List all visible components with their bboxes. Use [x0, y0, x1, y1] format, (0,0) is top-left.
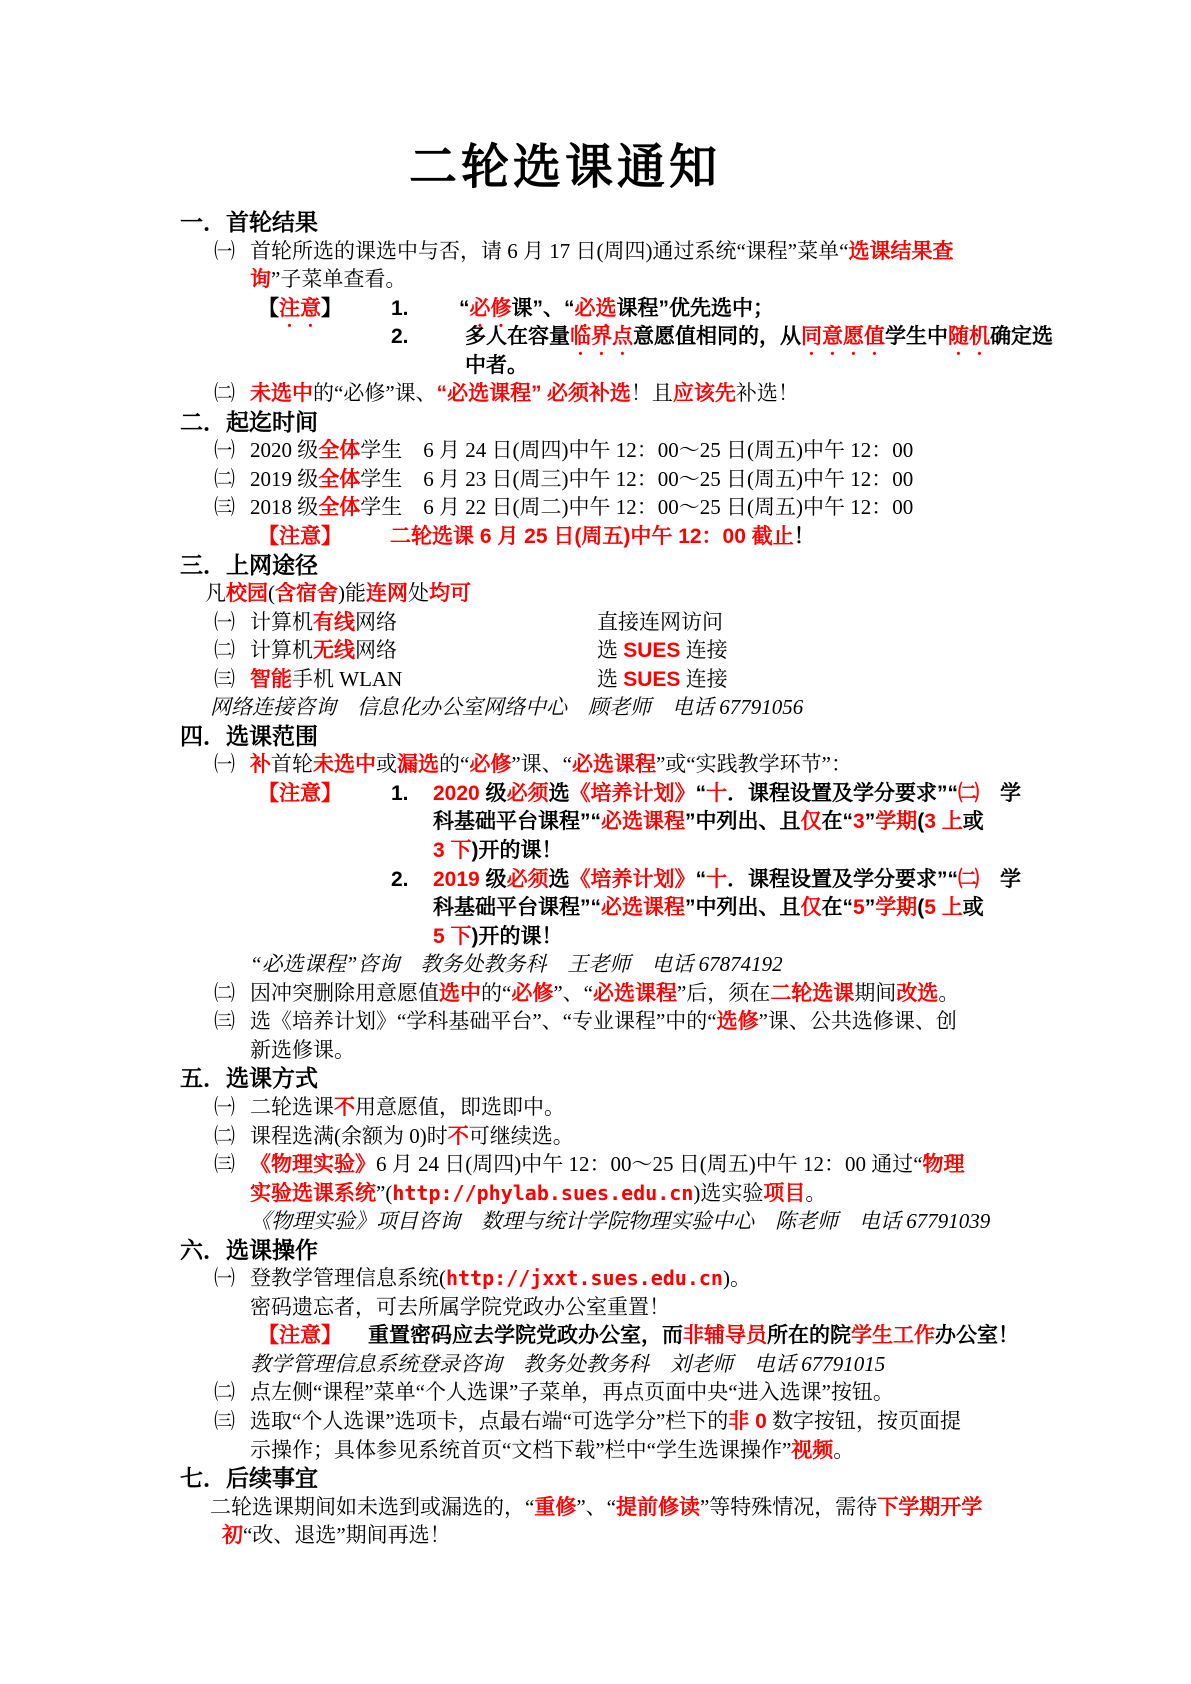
text-segment: 提前修读 — [616, 1496, 700, 1519]
text-segment: 学 — [979, 782, 1021, 805]
doc-line: ㈠首轮所选的课选中与否，请 6 月 17 日(周四)通过系统“课程”菜单“选课结… — [0, 237, 1191, 266]
text-segment: 必须补选 — [547, 382, 631, 405]
doc-line: ㈡因冲突删除用意愿值选中的“必修”、“必选课程”后，须在二轮选课期间改选。 — [0, 979, 1191, 1008]
text-segment: 视频 — [791, 1439, 833, 1462]
text-segment: 或 — [963, 810, 984, 833]
text-segment: )选实验 — [693, 1181, 763, 1205]
text-segment: 应该先 — [673, 382, 736, 405]
list-marker: ㈢ — [214, 1150, 235, 1179]
doc-line: 2.多人在容量临界点意愿值相同的，从同意愿值学生中随机确定选 — [0, 322, 1191, 351]
doc-line: ㈡2019 级全体学生 6 月 23 日(周三)中午 12：00～25 日(周五… — [0, 465, 1191, 494]
text-segment: “必选课程” — [437, 382, 542, 405]
doc-line: 教学管理信息系统登录咨询 教务处教务科 刘老师 电话 67791015 — [0, 1350, 1191, 1379]
text-segment: 不 — [334, 1096, 355, 1119]
text-segment: 所在的院 — [767, 1324, 851, 1347]
text-segment: ！且 — [631, 381, 673, 405]
text-segment: 未选中 — [250, 382, 313, 405]
text-segment: 。 — [938, 981, 959, 1005]
text-segment: 必选课程 — [572, 753, 656, 776]
text-segment: ”子菜单查看。 — [271, 267, 406, 291]
text-segment: ．课程设置及学分要求”“ — [727, 782, 958, 805]
text-segment: 2. — [391, 325, 409, 348]
doc-line: 五．选课方式 — [0, 1064, 1191, 1093]
text-segment: “ — [696, 782, 707, 805]
text-segment: 询 — [250, 268, 271, 291]
text-segment: 不 — [448, 1125, 469, 1148]
list-marker: ㈠ — [214, 237, 235, 266]
text-segment: 一．首轮结果 — [180, 209, 318, 235]
text-segment: 2. — [391, 868, 409, 891]
text-segment: 物理 — [923, 1153, 965, 1176]
text-segment: 科基础平台课程”“ — [433, 896, 601, 919]
text-segment: ”、“ — [553, 981, 593, 1005]
text-segment: ㈠ — [214, 239, 235, 263]
text-segment: 选取“个人选课”选项卡，点最右端“可选学分”栏下的 — [250, 1409, 728, 1433]
text-segment: 2020 级 — [250, 438, 318, 462]
text-segment: SUES — [623, 668, 680, 691]
text-segment: 选课结果查 — [848, 240, 953, 263]
list-marker: ㈡ — [214, 379, 235, 408]
text-segment: ㈡ — [214, 381, 235, 405]
text-segment: ！ — [794, 525, 815, 548]
text-segment: 学生 6 月 22 日(周二)中午 12：00～25 日(周五)中午 12：00 — [360, 495, 913, 519]
doc-line: 科基础平台课程”“必选课程”中列出、且仅在“5”学期(5 上或 — [0, 893, 1191, 922]
doc-line: ㈠2020 级全体学生 6 月 24 日(周四)中午 12：00～25 日(周五… — [0, 436, 1191, 465]
text-segment: 必选课程 — [601, 896, 685, 919]
text-segment: 计算机 — [250, 638, 313, 662]
doc-line: 示操作；具体参见系统首页“文档下载”栏中“学生选课操作”视频。 — [0, 1436, 1191, 1465]
text-segment: 全体 — [318, 496, 360, 519]
text-segment: 的“ — [481, 981, 511, 1005]
list-marker: 2. — [391, 865, 409, 895]
text-segment: 下学期开学 — [877, 1496, 982, 1519]
text-segment: 《物理实验》项目咨询 数理与统计学院物理实验中心 陈老师 电话 67791039 — [250, 1209, 990, 1233]
text-segment: ㈡ — [214, 981, 235, 1005]
doc-line: ㈢《物理实验》6 月 24 日(周四)中午 12：00～25 日(周五)中午 1… — [0, 1150, 1191, 1179]
text-segment: 学期 — [875, 810, 917, 833]
list-marker: ㈡ — [214, 1122, 235, 1151]
list-marker: ㈠ — [214, 608, 235, 637]
text-segment: 十 — [706, 868, 727, 891]
text-segment: ”、“ — [576, 1495, 616, 1519]
text-segment: 重修 — [534, 1496, 576, 1519]
text-segment: 二轮选课 — [250, 1095, 334, 1119]
text-segment: 校园 — [226, 582, 268, 605]
list-marker: ㈡ — [214, 465, 235, 494]
text-segment: 二．起迄时间 — [180, 409, 318, 435]
text-segment: ”后，须在 — [677, 981, 770, 1005]
text-segment: 可继续选。 — [469, 1124, 574, 1148]
list-marker: ㈠ — [214, 750, 235, 779]
text-segment: 用意愿值，即选即中。 — [355, 1095, 565, 1119]
list-marker: ㈢ — [214, 1007, 235, 1036]
list-marker: 1. — [391, 294, 409, 324]
text-segment: 意愿值相同的，从 — [633, 325, 801, 348]
text-segment: 初 — [222, 1524, 243, 1547]
text-segment: 密码遗忘者，可去所属学院党政办公室重置！ — [250, 1295, 670, 1319]
doc-line: 科基础平台课程”“必选课程”中列出、且仅在“3”学期(3 上或 — [0, 807, 1191, 836]
text-segment: ”课、公共选修课、创 — [759, 1009, 957, 1033]
text-segment: 在“ — [822, 810, 854, 833]
text-segment: 网络 — [355, 610, 397, 634]
text-segment: 五．选课方式 — [180, 1065, 318, 1091]
text-segment: 连接 — [680, 638, 727, 662]
text-segment: 必须 — [507, 782, 549, 805]
text-segment: 实验选课系统 — [250, 1182, 376, 1205]
text-segment: 因冲突删除用意愿值 — [250, 981, 439, 1005]
text-segment: 未选中 — [313, 753, 376, 776]
text-segment: 示操作；具体参见系统首页“文档下载”栏中“学生选课操作” — [250, 1438, 791, 1462]
text-segment: 课程选满(余额为 0)时 — [250, 1124, 448, 1148]
text-segment: ㈡ — [958, 782, 979, 805]
text-segment: 1. — [391, 297, 409, 320]
text-segment: 选修 — [717, 1010, 759, 1033]
list-marker: 1. — [391, 779, 409, 809]
doc-line: 一．首轮结果 — [0, 208, 1191, 237]
doc-line: ㈠计算机有线网络直接连网访问 — [0, 608, 1191, 637]
text-segment: ㈢ — [214, 1409, 235, 1433]
list-marker: 【注意】 — [258, 1321, 342, 1351]
text-segment: 必选课程 — [593, 982, 677, 1005]
text-segment: 含宿舍 — [275, 582, 338, 605]
text-segment: ㈠ — [214, 1095, 235, 1119]
page-title: 二轮选课通知 — [0, 128, 1130, 197]
text-segment: ”课、“ — [511, 752, 572, 776]
text-segment: 改选 — [896, 982, 938, 1005]
doc-line: ㈠二轮选课不用意愿值，即选即中。 — [0, 1093, 1191, 1122]
text-segment: 2019 级 — [250, 467, 318, 491]
right-column-text: 直接连网访问 — [597, 608, 723, 637]
text-segment: 。 — [805, 1181, 826, 1205]
doc-line: ㈢2018 级全体学生 6 月 22 日(周二)中午 12：00～25 日(周五… — [0, 493, 1191, 522]
text-segment: 学生中 — [885, 325, 948, 348]
text-segment: “ — [696, 868, 707, 891]
text-segment: ㈠ — [214, 438, 235, 462]
text-segment: 必修 — [511, 982, 553, 1005]
text-segment: 选 — [597, 638, 623, 662]
text-segment: ．课程设置及学分要求”“ — [727, 868, 958, 891]
text-segment: 非辅导员 — [683, 1324, 767, 1347]
list-marker: ㈢ — [214, 1407, 235, 1436]
doc-line: 二．起迄时间 — [0, 408, 1191, 437]
text-segment: 】 — [321, 297, 342, 320]
text-segment: 学生工作 — [851, 1324, 935, 1347]
text-segment: 处 — [408, 581, 429, 605]
doc-line: 密码遗忘者，可去所属学院党政办公室重置！ — [0, 1293, 1191, 1322]
text-segment: “必选课程”咨询 教务处教务科 王老师 电话 67874192 — [250, 952, 783, 976]
text-segment: 必修 — [469, 753, 511, 776]
text-segment: 【注意】 — [258, 1324, 342, 1347]
text-segment: ” — [865, 810, 876, 833]
doc-line: 【注意】1.“必修课”、“必选课程”优先选中； — [0, 294, 1191, 323]
text-segment: ㈡ — [214, 1124, 235, 1148]
text-segment: 5 上 — [924, 896, 963, 919]
text-segment: 重置密码应去学院党政办公室，而 — [368, 1324, 683, 1347]
text-segment: ㈠ — [214, 610, 235, 634]
text-segment: 或 — [376, 752, 397, 776]
text-segment: 级 — [480, 782, 507, 805]
text-segment: 二轮选课期间如未选到或漏选的，“ — [210, 1495, 534, 1519]
text-segment: 1. — [391, 782, 409, 805]
text-segment: 均可 — [429, 582, 471, 605]
text-segment: 无线 — [313, 639, 355, 662]
text-segment: 选 — [549, 782, 570, 805]
doc-line: ㈡未选中的“必修”课、“必选课程” 必须补选！且应该先补选！ — [0, 379, 1191, 408]
text-segment: 中者。 — [465, 354, 528, 377]
text-segment: 登教学管理信息系统( — [250, 1266, 446, 1290]
text-segment: 全体 — [318, 439, 360, 462]
text-segment: 的“必修”课、 — [313, 381, 437, 405]
notice-document: 二轮选课通知 一．首轮结果㈠首轮所选的课选中与否，请 6 月 17 日(周四)通… — [0, 0, 1191, 1684]
text-segment: SUES — [623, 639, 680, 662]
text-segment: 多人在容量 — [465, 325, 570, 348]
doc-line: 【注意】1.2020 级必须选《培养计划》“十．课程设置及学分要求”“㈡ 学 — [0, 779, 1191, 808]
text-segment: 四．选课范围 — [180, 723, 318, 749]
text-segment: 《培养计划》 — [570, 868, 696, 891]
doc-line: 凡校园(含宿舍)能连网处均可 — [0, 579, 1191, 608]
text-segment: ㈡ — [214, 1380, 235, 1404]
list-marker: ㈢ — [214, 493, 235, 522]
text-segment: )能 — [338, 581, 366, 605]
text-segment: 必修 — [470, 297, 512, 320]
doc-line: ㈡点左侧“课程”菜单“个人选课”子菜单，再点页面中央“进入选课”按钮。 — [0, 1378, 1191, 1407]
text-segment: ”中列出、且 — [685, 896, 801, 919]
text-segment: 【注意】 — [258, 525, 342, 548]
text-segment: 选 — [597, 667, 623, 691]
text-segment: ㈠ — [214, 1266, 235, 1290]
text-segment: 直接连网访问 — [597, 610, 723, 634]
url-text: http://jxxt.sues.edu.cn — [446, 1266, 723, 1290]
text-segment: 5 — [853, 896, 865, 919]
doc-line: 三．上网途径 — [0, 551, 1191, 580]
doc-line: 询”子菜单查看。 — [0, 265, 1191, 294]
doc-line: 六．选课操作 — [0, 1236, 1191, 1265]
text-segment: )。 — [723, 1266, 751, 1290]
text-segment: 有线 — [313, 611, 355, 634]
text-segment: 学期 — [875, 896, 917, 919]
text-segment: 学生 6 月 23 日(周三)中午 12：00～25 日(周五)中午 12：00 — [360, 467, 913, 491]
doc-line: 新选修课。 — [0, 1036, 1191, 1065]
text-segment: 仅 — [801, 896, 822, 919]
text-segment: 连接 — [680, 667, 727, 691]
text-segment: 补 — [250, 753, 271, 776]
text-segment: 3 上 — [924, 810, 963, 833]
text-segment: ㈢ — [214, 495, 235, 519]
doc-line: ㈡课程选满(余额为 0)时不可继续选。 — [0, 1122, 1191, 1151]
text-segment: 计算机 — [250, 610, 313, 634]
doc-line: 网络连接咨询 信息化办公室网络中心 顾老师 电话 67791056 — [0, 693, 1191, 722]
right-column-text: 选 SUES 连接 — [597, 636, 728, 666]
text-segment: 课程”优先选中； — [617, 297, 775, 320]
list-marker: 2. — [391, 322, 409, 352]
list-marker: ㈠ — [214, 436, 235, 465]
doc-line: 七．后续事宜 — [0, 1464, 1191, 1493]
text-segment: “ — [459, 297, 470, 320]
doc-line: ㈢选取“个人选课”选项卡，点最右端“可选学分”栏下的非 0 数字按钮，按页面提 — [0, 1407, 1191, 1436]
text-segment: 。 — [833, 1438, 854, 1462]
text-segment: 凡 — [205, 581, 226, 605]
text-segment: 同意愿值 — [801, 325, 885, 348]
text-segment: 《培养计划》 — [570, 782, 696, 805]
doc-line: ㈢智能手机 WLAN选 SUES 连接 — [0, 665, 1191, 694]
doc-line: 中者。 — [0, 351, 1191, 380]
text-segment: 三．上网途径 — [180, 552, 318, 578]
text-segment: ”等特殊情况，需待 — [700, 1495, 877, 1519]
text-segment: 期间 — [854, 981, 896, 1005]
text-segment: 3 — [853, 810, 865, 833]
text-segment: 选中 — [439, 982, 481, 1005]
right-column-text: 选 SUES 连接 — [597, 665, 728, 695]
text-segment: ” — [865, 896, 876, 919]
text-segment: 网络连接咨询 信息化办公室网络中心 顾老师 电话 67791056 — [210, 695, 803, 719]
doc-line: ㈢选《培养计划》“学科基础平台”、“专业课程”中的“选修”课、公共选修课、创 — [0, 1007, 1191, 1036]
text-segment: “改、退选”期间再选！ — [243, 1523, 451, 1547]
list-marker: ㈡ — [214, 1378, 235, 1407]
doc-line: ㈠登教学管理信息系统(http://jxxt.sues.edu.cn)。 — [0, 1264, 1191, 1293]
text-segment: 六．选课操作 — [180, 1237, 318, 1263]
text-segment: )开的课！ — [472, 839, 563, 862]
text-segment: 新选修课。 — [250, 1038, 355, 1062]
text-segment: 选《培养计划》“学科基础平台”、“专业课程”中的“ — [250, 1009, 717, 1033]
text-segment: )开的课！ — [472, 925, 563, 948]
text-segment: 点左侧“课程”菜单“个人选课”子菜单，再点页面中央“进入选课”按钮。 — [250, 1380, 894, 1404]
list-marker: 【注意】 — [258, 779, 342, 809]
text-segment: 漏选 — [397, 753, 439, 776]
doc-line: 2.2019 级必须选《培养计划》“十．课程设置及学分要求”“㈡ 学 — [0, 865, 1191, 894]
text-segment: ( — [268, 581, 275, 605]
text-segment: 必须 — [507, 868, 549, 891]
text-segment: 课”、“ — [512, 297, 575, 320]
text-segment: 在“ — [822, 896, 854, 919]
text-segment: 【 — [258, 297, 279, 320]
text-segment: 连网 — [366, 582, 408, 605]
text-segment: 学生 6 月 24 日(周四)中午 12：00～25 日(周五)中午 12：00 — [360, 438, 913, 462]
text-segment: ”或“实践教学环节”： — [656, 752, 852, 776]
text-segment: 级 — [480, 868, 507, 891]
text-segment: 首轮 — [271, 752, 313, 776]
text-segment: 七．后续事宜 — [180, 1465, 318, 1491]
doc-line: 【注意】重置密码应去学院党政办公室，而非辅导员所在的院学生工作办公室！ — [0, 1321, 1191, 1350]
text-segment: 【注意】 — [258, 782, 342, 805]
text-segment: ㈢ — [214, 667, 235, 691]
doc-line: 《物理实验》项目咨询 数理与统计学院物理实验中心 陈老师 电话 67791039 — [0, 1207, 1191, 1236]
text-segment: 项目 — [763, 1182, 805, 1205]
list-marker: ㈠ — [214, 1264, 235, 1293]
text-segment: ”中列出、且 — [685, 810, 801, 833]
text-segment: 随机 — [948, 325, 990, 348]
text-segment: 学 — [979, 868, 1021, 891]
doc-line: ㈠补首轮未选中或漏选的“必修”课、“必选课程”或“实践教学环节”： — [0, 750, 1191, 779]
text-segment: 5 下 — [433, 925, 472, 948]
text-segment: 《物理实验》 — [250, 1153, 376, 1176]
doc-line: “必选课程”咨询 教务处教务科 王老师 电话 67874192 — [0, 950, 1191, 979]
text-segment: ㈢ — [214, 1152, 235, 1176]
text-segment: 科基础平台课程”“ — [433, 810, 601, 833]
text-segment: 仅 — [801, 810, 822, 833]
list-marker: ㈢ — [214, 665, 235, 694]
text-segment: 注意 — [279, 297, 321, 320]
text-segment: 手机 WLAN — [292, 667, 402, 691]
doc-line: 5 下)开的课！ — [0, 922, 1191, 951]
text-segment: 3 下 — [433, 839, 472, 862]
url-text: http://phylab.sues.edu.cn — [392, 1181, 693, 1205]
list-marker: ㈠ — [214, 1093, 235, 1122]
text-segment: ㈡ — [214, 638, 235, 662]
doc-line: 【注意】二轮选课 6 月 25 日(周五)中午 12：00 截止！ — [0, 522, 1191, 551]
document-body: 一．首轮结果㈠首轮所选的课选中与否，请 6 月 17 日(周四)通过系统“课程”… — [0, 208, 1191, 1550]
doc-line: 3 下)开的课！ — [0, 836, 1191, 865]
text-segment: 教学管理信息系统登录咨询 教务处教务科 刘老师 电话 67791015 — [250, 1352, 885, 1376]
text-segment: 十 — [706, 782, 727, 805]
text-segment: 临界点 — [570, 325, 633, 348]
text-segment: ㈡ — [214, 467, 235, 491]
doc-line: 实验选课系统”(http://phylab.sues.edu.cn)选实验项目。 — [0, 1179, 1191, 1208]
text-segment: ㈢ — [214, 1009, 235, 1033]
text-segment: 办公室！ — [935, 1324, 1019, 1347]
text-segment: 二轮选课 — [770, 982, 854, 1005]
list-marker: ㈡ — [214, 979, 235, 1008]
text-segment: 网络 — [355, 638, 397, 662]
doc-line: 四．选课范围 — [0, 722, 1191, 751]
list-marker: ㈡ — [214, 636, 235, 665]
text-segment: 全体 — [318, 468, 360, 491]
text-segment: ㈡ — [958, 868, 979, 891]
list-marker: 【注意】 — [258, 522, 342, 552]
text-segment: 的“ — [439, 752, 469, 776]
text-segment: 智能 — [250, 668, 292, 691]
text-segment: 6 月 24 日(周四)中午 12：00～25 日(周五)中午 12：00 通过… — [376, 1152, 923, 1176]
text-segment: 二轮选课 6 月 25 日(周五)中午 12：00 截止 — [390, 525, 794, 548]
text-segment: 必选 — [575, 297, 617, 320]
doc-line: 二轮选课期间如未选到或漏选的，“重修”、“提前修读”等特殊情况，需待下学期开学 — [0, 1493, 1191, 1522]
text-segment: ㈠ — [214, 752, 235, 776]
text-segment: 补选！ — [736, 381, 799, 405]
text-segment: 2018 级 — [250, 495, 318, 519]
text-segment: 2019 — [433, 868, 480, 891]
text-segment: ”( — [376, 1181, 392, 1205]
doc-line: ㈡计算机无线网络选 SUES 连接 — [0, 636, 1191, 665]
text-segment: 确定选 — [990, 325, 1053, 348]
text-segment: 数字按钮，按页面提 — [767, 1409, 961, 1433]
text-segment: 选 — [549, 868, 570, 891]
text-segment: 2020 — [433, 782, 480, 805]
doc-line: 初“改、退选”期间再选！ — [0, 1521, 1191, 1550]
text-segment: 非 0 — [728, 1410, 767, 1433]
text-segment: 或 — [963, 896, 984, 919]
text-segment: 首轮所选的课选中与否，请 6 月 17 日(周四)通过系统“课程”菜单“ — [250, 239, 848, 263]
text-segment: 必选课程 — [601, 810, 685, 833]
